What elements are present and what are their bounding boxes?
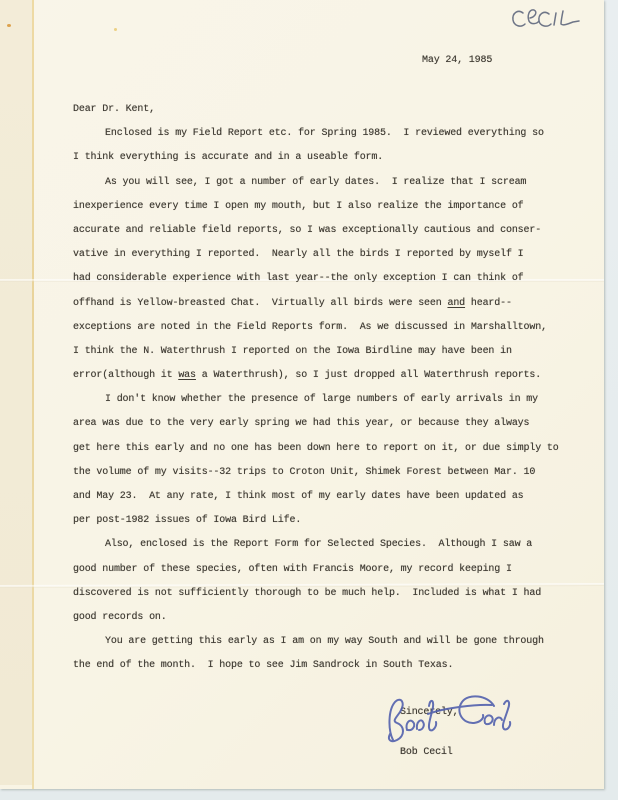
letter-line: I don't know whether the presence of lar… xyxy=(73,388,578,412)
line-text: good number of these species, often with… xyxy=(73,564,512,575)
line-text: error(although it xyxy=(73,370,178,381)
line-text: heard-- xyxy=(465,298,512,309)
line-text: the end of the month. I hope to see Jim … xyxy=(73,660,453,671)
letter-line: Enclosed is my Field Report etc. for Spr… xyxy=(73,122,578,146)
underlined-word: and xyxy=(447,298,465,309)
handwritten-signature: Bob Cecil xyxy=(384,692,514,750)
line-text: As you will see, I got a number of early… xyxy=(105,177,526,188)
letter-line: accurate and reliable field reports, so … xyxy=(73,219,578,243)
line-text: a Waterthrush), so I just dropped all Wa… xyxy=(196,370,541,381)
line-text: vative in everything I reported. Nearly … xyxy=(73,249,524,260)
page-left-margin-strip xyxy=(0,0,32,785)
line-text: Also, enclosed is the Report Form for Se… xyxy=(105,539,532,550)
line-text: and May 23. At any rate, I think most of… xyxy=(73,491,524,502)
letter-line: error(although it was a Waterthrush), so… xyxy=(73,364,578,388)
salutation: Dear Dr. Kent, xyxy=(73,98,578,122)
paper-stain-speck xyxy=(7,24,11,27)
line-text: area was due to the very early spring we… xyxy=(73,418,529,429)
letter-line: the volume of my visits--32 trips to Cro… xyxy=(73,461,578,485)
letter-body: Dear Dr. Kent, Enclosed is my Field Repo… xyxy=(73,98,578,679)
letter-line: I think the N. Waterthrush I reported on… xyxy=(73,340,578,364)
letter-line: You are getting this early as I am on my… xyxy=(73,630,578,654)
letter-line: discovered is not sufficiently thorough … xyxy=(73,582,578,606)
letter-line: inexperience every time I open my mouth,… xyxy=(73,195,578,219)
letter-line: per post-1982 issues of Iowa Bird Life. xyxy=(73,509,578,533)
letter-line: get here this early and no one has been … xyxy=(73,437,578,461)
line-text: Enclosed is my Field Report etc. for Spr… xyxy=(105,128,544,139)
letter-paragraph-lines: Enclosed is my Field Report etc. for Spr… xyxy=(73,122,578,678)
letter-line: Also, enclosed is the Report Form for Se… xyxy=(73,533,578,557)
handwritten-cecil-annotation: CECIL xyxy=(509,6,585,36)
scanner-background: CECIL May 24, 1985 Dear Dr. Kent, Enclos… xyxy=(0,0,618,800)
handwriting-signature-strokes xyxy=(384,692,514,750)
letter-line: had considerable experience with last ye… xyxy=(73,267,578,291)
line-text: accurate and reliable field reports, so … xyxy=(73,225,541,236)
letter-line: As you will see, I got a number of early… xyxy=(73,171,578,195)
line-text: I think the N. Waterthrush I reported on… xyxy=(73,346,512,357)
letter-line: exceptions are noted in the Field Report… xyxy=(73,316,578,340)
letter-line: offhand is Yellow-breasted Chat. Virtual… xyxy=(73,292,578,316)
line-text: I think everything is accurate and in a … xyxy=(73,152,383,163)
vertical-fold-line xyxy=(32,0,34,789)
paper-stain-speck xyxy=(114,28,117,31)
line-text: had considerable experience with last ye… xyxy=(73,273,524,284)
letter-date: May 24, 1985 xyxy=(422,55,492,66)
line-text: the volume of my visits--32 trips to Cro… xyxy=(73,467,535,478)
line-text: offhand is Yellow-breasted Chat. Virtual… xyxy=(73,298,447,309)
line-text: I don't know whether the presence of lar… xyxy=(105,394,538,405)
letter-line: I think everything is accurate and in a … xyxy=(73,146,578,170)
letter-line: good records on. xyxy=(73,606,578,630)
line-text: per post-1982 issues of Iowa Bird Life. xyxy=(73,515,301,526)
line-text: good records on. xyxy=(73,612,167,623)
line-text: exceptions are noted in the Field Report… xyxy=(73,322,547,333)
letter-line: and May 23. At any rate, I think most of… xyxy=(73,485,578,509)
line-text: get here this early and no one has been … xyxy=(73,443,559,454)
handwriting-cecil-strokes xyxy=(509,6,585,36)
letter-line: good number of these species, often with… xyxy=(73,558,578,582)
line-text: inexperience every time I open my mouth,… xyxy=(73,201,524,212)
letter-page: CECIL May 24, 1985 Dear Dr. Kent, Enclos… xyxy=(0,0,604,789)
underlined-word: was xyxy=(178,370,196,381)
letter-line: the end of the month. I hope to see Jim … xyxy=(73,654,578,678)
letter-line: area was due to the very early spring we… xyxy=(73,412,578,436)
letter-line: vative in everything I reported. Nearly … xyxy=(73,243,578,267)
line-text: discovered is not sufficiently thorough … xyxy=(73,588,541,599)
line-text: You are getting this early as I am on my… xyxy=(105,636,544,647)
